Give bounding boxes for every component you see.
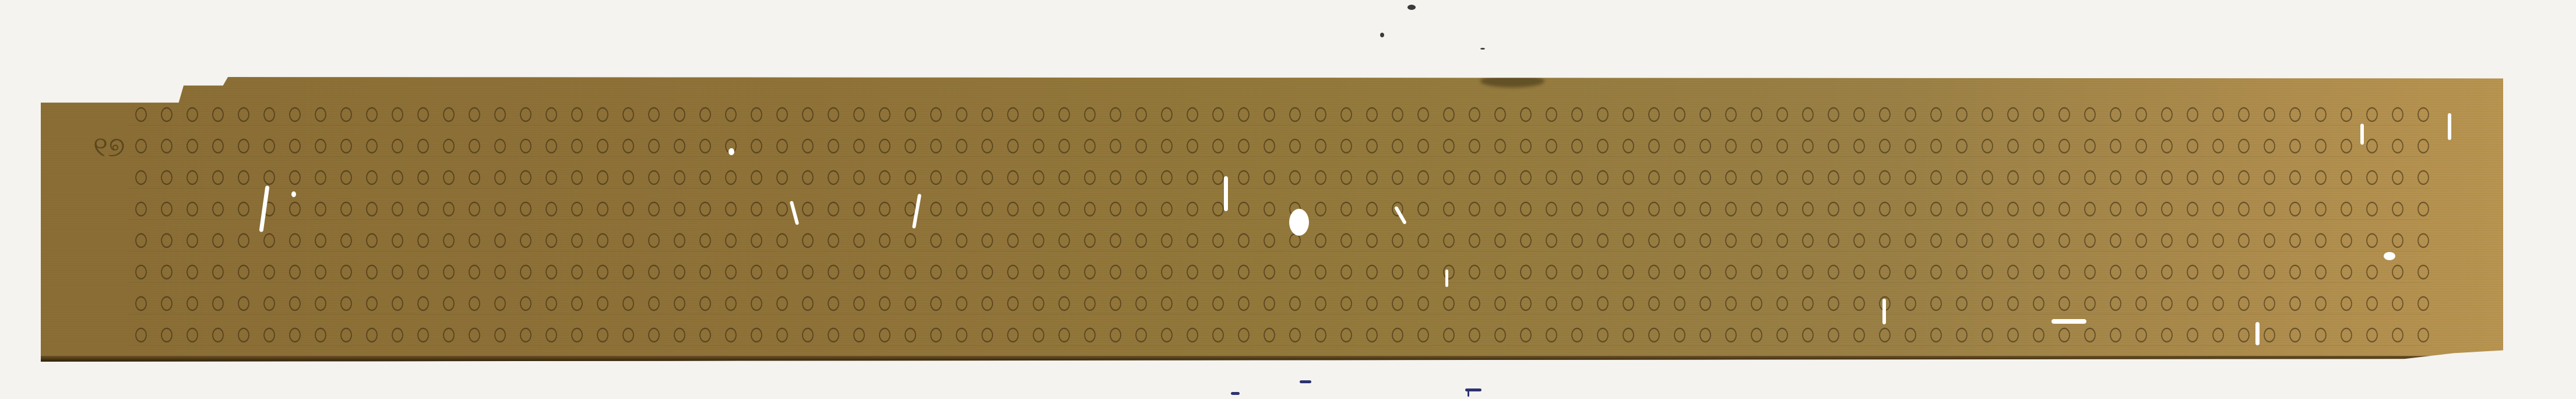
binding-hole [1289,209,1309,236]
manuscript-line-7 [128,288,2430,316]
blue-ink-mark [1468,390,1469,397]
insect-damage [1882,299,1886,324]
manuscript-line-4 [128,194,2430,222]
manuscript-line-5 [128,225,2430,253]
manuscript-text-block [128,99,2430,351]
manuscript-line-2 [128,131,2430,159]
manuscript-line-3 [128,162,2430,190]
insect-damage [2255,322,2260,345]
insect-damage [2360,124,2364,145]
insect-damage [2051,319,2086,324]
folio-number: ୧୭ [93,131,125,164]
blue-ink-mark [1231,392,1240,395]
manuscript-line-8 [128,320,2430,348]
insect-hole [291,191,296,197]
manuscript-line-1 [128,99,2430,127]
insect-hole [729,148,734,155]
paper-speck [1380,33,1384,37]
paper-speck [1480,48,1485,50]
paper-speck [1407,5,1416,10]
manuscript-line-6 [128,257,2430,285]
blue-ink-mark [1300,380,1311,383]
insect-damage [1445,269,1448,287]
palm-leaf-folio: ୧୭ [41,77,2503,362]
dark-stain [1480,75,1544,87]
insect-damage [2448,113,2451,140]
insect-hole [2384,252,2395,260]
leaf-bottom-edge [41,356,2503,362]
insect-damage [1224,176,1228,211]
